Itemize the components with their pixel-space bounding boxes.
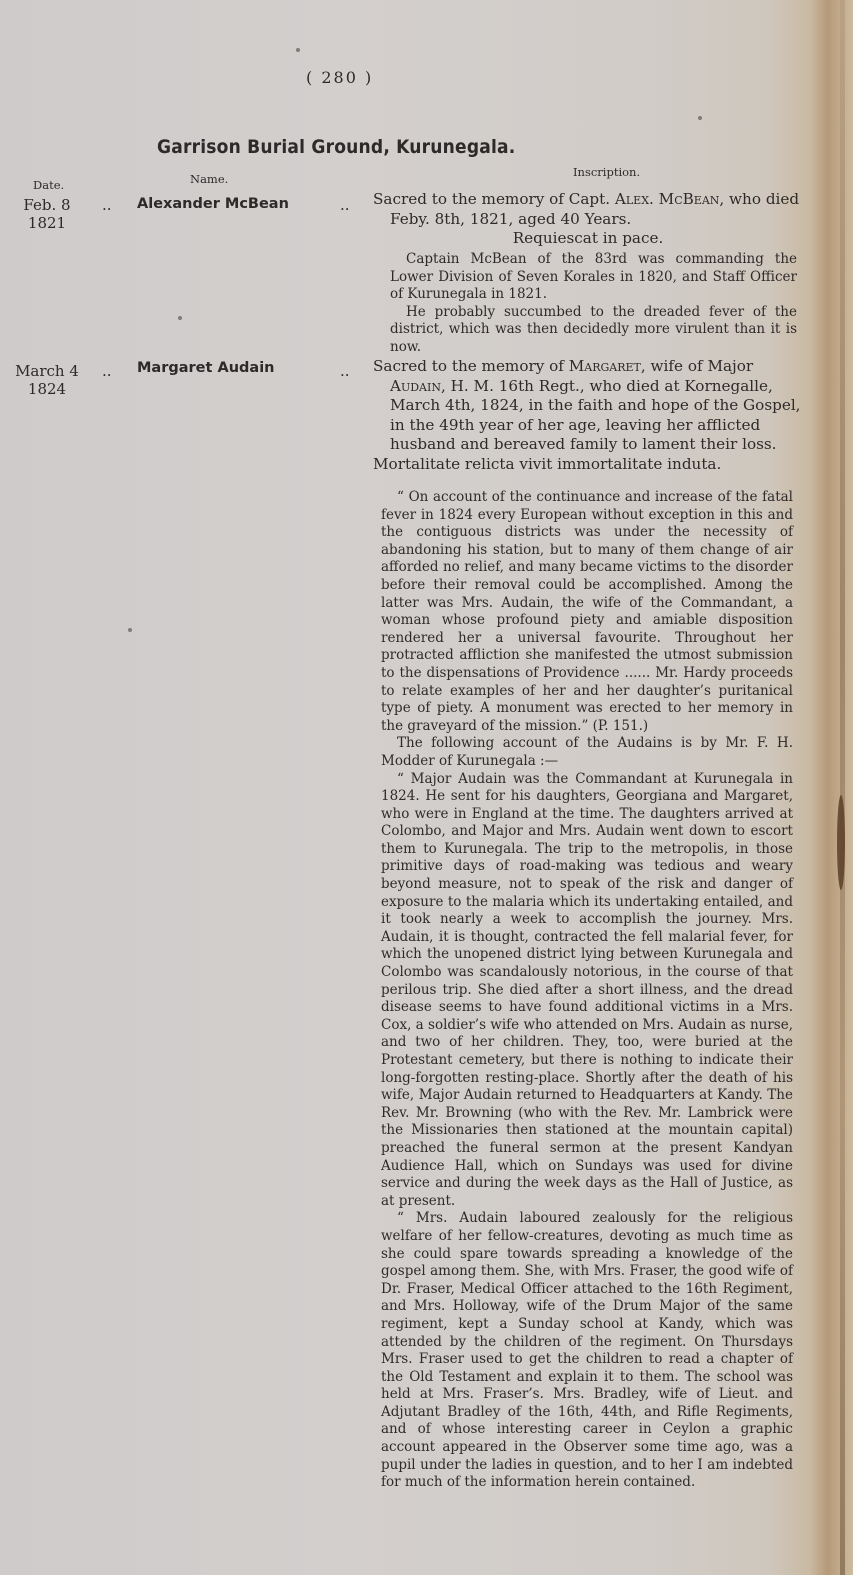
foxing-spot — [128, 628, 132, 632]
leader-dots: .. — [102, 362, 112, 380]
entry-date: March 4 1824 — [12, 362, 82, 398]
column-header-date: Date. — [33, 178, 64, 192]
entry-name: Margaret Audain — [137, 360, 275, 376]
leader-dots: .. — [340, 362, 350, 380]
entry-notes: Captain McBean of the 83rd was commandin… — [390, 251, 797, 357]
entry-name: Alexander McBean — [137, 196, 289, 212]
foxing-spot — [698, 116, 702, 120]
inscription-closing: Mortalitate relicta vivit immortalitate … — [373, 455, 803, 475]
book-spine-edge — [840, 0, 845, 1575]
leader-dots: .. — [340, 196, 350, 214]
entry-date: Feb. 8 1821 — [12, 196, 82, 232]
column-header-name: Name. — [190, 172, 228, 186]
inscription-text: Sacred to the memory of Capt. Alex. McBe… — [373, 190, 803, 249]
entry-notes: “ On account of the continuance and incr… — [381, 489, 793, 1492]
page-tear-mark — [837, 795, 845, 890]
foxing-spot — [296, 48, 300, 52]
page-number: ( 280 ) — [306, 68, 373, 87]
inscription-text: Sacred to the memory of Margaret, wife o… — [373, 357, 803, 474]
inscription-closing: Requiescat in pace. — [373, 229, 803, 249]
page-title: Garrison Burial Ground, Kurunegala. — [157, 136, 515, 158]
leader-dots: .. — [102, 196, 112, 214]
foxing-spot — [178, 316, 182, 320]
column-header-inscription: Inscription. — [573, 165, 640, 179]
